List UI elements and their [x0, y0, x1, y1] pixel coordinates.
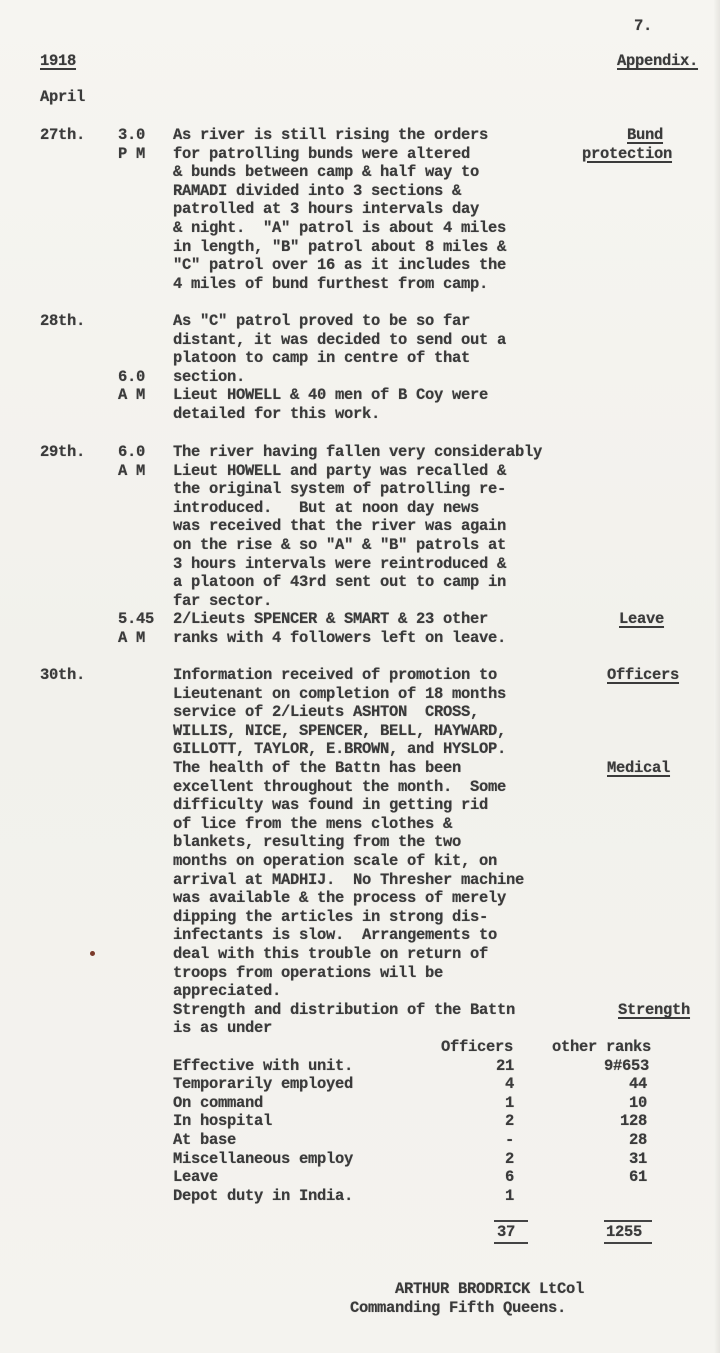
entry-line: distant, it was decided to send out a — [173, 331, 506, 350]
entry-line: RAMADI divided into 3 sections & — [173, 182, 461, 201]
entry-line: Lieutenant on completion of 18 months — [173, 685, 506, 704]
appendix-heading: Appendix. — [617, 52, 698, 71]
row-label: Temporarily employed — [173, 1075, 353, 1094]
entry-line: was available & the process of merely — [173, 889, 506, 908]
month-heading: April — [40, 88, 85, 107]
margin-note: Bund — [627, 126, 663, 145]
entry-time-period: A M — [118, 629, 145, 648]
row-officers: 1 — [505, 1187, 514, 1206]
entry-line: is as under — [173, 1019, 272, 1038]
entry-line: Lieut HOWELL and party was recalled & — [173, 462, 506, 481]
entry-line: WILLIS, NICE, SPENCER, BELL, HAYWARD, — [173, 722, 506, 741]
entry-line: The health of the Battn has been — [173, 759, 461, 778]
entry-line: GILLOTT, TAYLOR, E.BROWN, and HYSLOP. — [173, 740, 506, 759]
entry-time: 5.45 — [118, 610, 154, 629]
entry-line: of lice from the mens clothes & — [173, 815, 452, 834]
paper-edge — [714, 0, 720, 1353]
total-other-ranks-box: 1255 — [604, 1220, 652, 1244]
entry-line: "C" patrol over 16 as it includes the — [173, 256, 506, 275]
entry-line: the original system of patrolling re- — [173, 480, 506, 499]
entry-line: was received that the river was again — [173, 517, 506, 536]
row-other-ranks: 128 — [620, 1112, 647, 1131]
entry-time-period: A M — [118, 386, 145, 405]
entry-line: Strength and distribution of the Battn — [173, 1001, 515, 1020]
signature-name: ARTHUR BRODRICK LtCol — [395, 1280, 584, 1299]
row-other-ranks: 9#653 — [604, 1057, 649, 1076]
entry-line: Lieut HOWELL & 40 men of B Coy were — [173, 386, 488, 405]
entry-line: & night. "A" patrol is about 4 miles — [173, 219, 506, 238]
entry-time-period: A M — [118, 462, 145, 481]
row-label: Leave — [173, 1168, 218, 1187]
entry-line: blankets, resulting from the two — [173, 833, 461, 852]
entry-line: a platoon of 43rd sent out to camp in — [173, 573, 506, 592]
signature-title: Commanding Fifth Queens. — [350, 1299, 566, 1318]
entry-line: far sector. — [173, 592, 272, 611]
margin-note: protection — [582, 145, 672, 164]
margin-note: Officers — [607, 666, 679, 685]
row-other-ranks: 10 — [629, 1094, 647, 1113]
row-officers: 2 — [505, 1150, 514, 1169]
entry-line: months on operation scale of kit, on — [173, 852, 497, 871]
entry-line: introduced. But at noon day news — [173, 499, 479, 518]
row-officers: 4 — [505, 1075, 514, 1094]
entry-line: platoon to camp in centre of that — [173, 349, 470, 368]
row-label: Miscellaneous employ — [173, 1150, 353, 1169]
entry-line: patrolled at 3 hours intervals day — [173, 200, 479, 219]
row-officers: 6 — [505, 1168, 514, 1187]
entry-line: dipping the articles in strong dis- — [173, 908, 488, 927]
entry-time: 6.0 — [118, 368, 145, 387]
entry-line: troops from operations will be — [173, 964, 443, 983]
entry-time: 6.0 — [118, 443, 145, 462]
row-label: Depot duty in India. — [173, 1187, 353, 1206]
margin-note: Medical — [607, 759, 670, 778]
entry-date: 30th. — [40, 666, 85, 685]
entry-date: 29th. — [40, 443, 85, 462]
entry-time: 3.0 — [118, 126, 145, 145]
total-officers-box: 37 — [494, 1220, 528, 1244]
entry-line: Information received of promotion to — [173, 666, 497, 685]
row-officers: 21 — [496, 1057, 514, 1076]
entry-line: for patrolling bunds were altered — [173, 145, 470, 164]
page-number: 7. — [634, 17, 652, 36]
row-label: On command — [173, 1094, 263, 1113]
entry-line: difficulty was found in getting rid — [173, 796, 488, 815]
entry-line: in length, "B" patrol about 8 miles & — [173, 238, 506, 257]
entry-line: & bunds between camp & half way to — [173, 163, 479, 182]
entry-line: section. — [173, 368, 245, 387]
entry-line: excellent throughout the month. Some — [173, 778, 506, 797]
entry-line: 2/Lieuts SPENCER & SMART & 23 other — [173, 610, 488, 629]
row-officers: 1 — [505, 1094, 514, 1113]
row-other-ranks: 61 — [629, 1168, 647, 1187]
ink-spot — [90, 951, 95, 956]
row-officers: 2 — [505, 1112, 514, 1131]
entry-date: 27th. — [40, 126, 85, 145]
entry-line: service of 2/Lieuts ASHTON CROSS, — [173, 703, 479, 722]
col-header-officers: Officers — [441, 1038, 513, 1057]
entry-line: As river is still rising the orders — [173, 126, 488, 145]
entry-line: ranks with 4 followers left on leave. — [173, 629, 506, 648]
entry-line: on the rise & so "A" & "B" patrols at — [173, 536, 506, 555]
entry-time-period: P M — [118, 145, 145, 164]
col-header-other-ranks: other ranks — [552, 1038, 651, 1057]
row-label: In hospital — [173, 1112, 272, 1131]
row-officers: - — [505, 1131, 514, 1150]
entry-line: deal with this trouble on return of — [173, 945, 488, 964]
entry-line: 4 miles of bund furthest from camp. — [173, 275, 488, 294]
row-label: Effective with unit. — [173, 1057, 353, 1076]
row-other-ranks: 44 — [629, 1075, 647, 1094]
entry-line: detailed for this work. — [173, 405, 380, 424]
typewritten-war-diary-page: 7. 1918 Appendix. April 27th. 3.0 P M As… — [0, 0, 720, 1353]
entry-line: The river having fallen very considerabl… — [173, 443, 542, 462]
row-other-ranks: 31 — [629, 1150, 647, 1169]
total-officers: 37 — [497, 1223, 515, 1242]
entry-date: 28th. — [40, 312, 85, 331]
entry-line: 3 hours intervals were reintroduced & — [173, 555, 506, 574]
margin-note: Strength — [618, 1001, 690, 1020]
entry-line: arrival at MADHIJ. No Thresher machine — [173, 871, 524, 890]
total-other-ranks: 1255 — [606, 1223, 642, 1242]
year-heading: 1918 — [40, 52, 76, 71]
entry-line: appreciated. — [173, 982, 281, 1001]
entry-line: As "C" patrol proved to be so far — [173, 312, 470, 331]
entry-line: infectants is slow. Arrangements to — [173, 926, 497, 945]
margin-note: Leave — [619, 610, 664, 629]
row-other-ranks: 28 — [629, 1131, 647, 1150]
row-label: At base — [173, 1131, 236, 1150]
